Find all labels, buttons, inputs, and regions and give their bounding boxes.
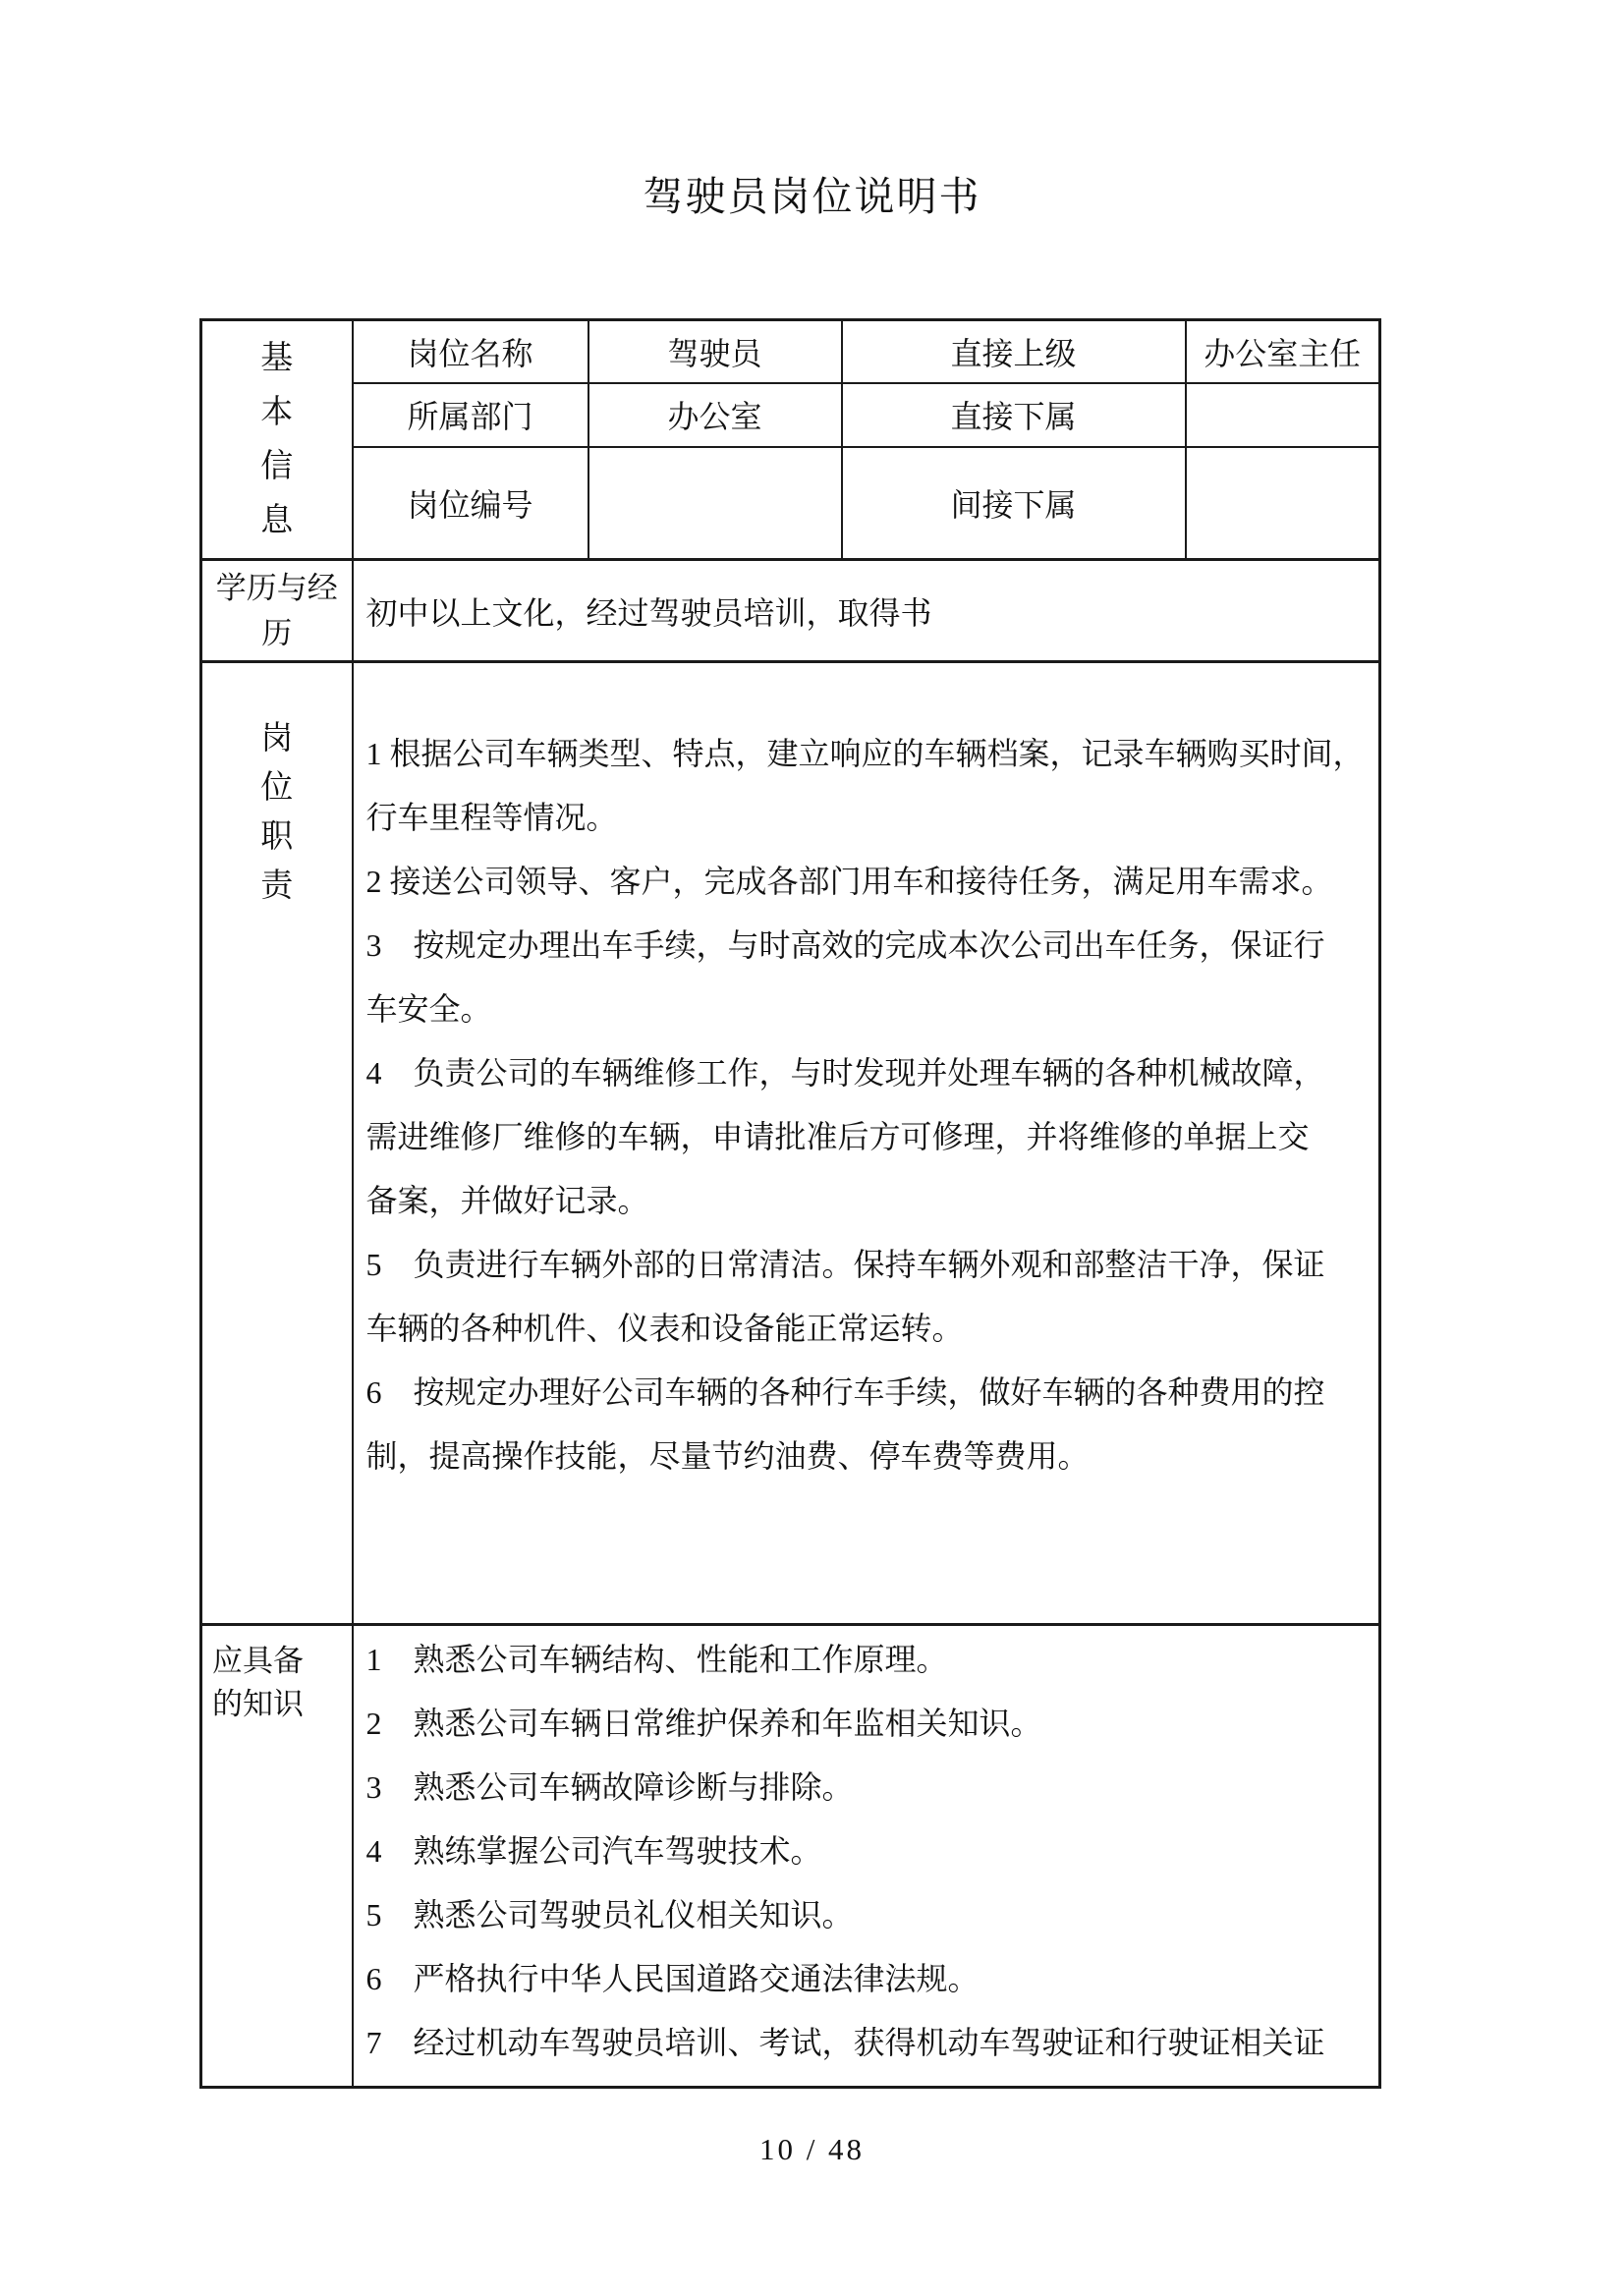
table-row: 学历与经历 初中以上文化，经过驾驶员培训，取得书 <box>201 560 1380 662</box>
education-content: 初中以上文化，经过驾驶员培训，取得书 <box>353 560 1380 662</box>
table-row: 岗 位 职 责 1 根据公司车辆类型、特点，建立响应的车辆档案，记录车辆购买时间… <box>201 662 1380 1625</box>
vertical-label-char: 本 <box>260 386 293 440</box>
knowledge-item: 3 熟悉公司车辆故障诊断与排除。 <box>366 1756 1368 1820</box>
knowledge-item: 5 熟悉公司驾驶员礼仪相关知识。 <box>366 1883 1368 1947</box>
duty-item: 4 负责公司的车辆维修工作，与时发现并处理车辆的各种机械故障， 需进维修厂维修的… <box>366 1041 1368 1233</box>
section-label-duties: 岗 位 职 责 <box>201 662 353 1625</box>
vertical-label-char: 责 <box>260 862 293 911</box>
duty-item: 6 按规定办理好公司车辆的各种行车手续，做好车辆的各种费用的控 制，提高操作技能… <box>366 1361 1368 1488</box>
vertical-label-char: 岗 <box>260 714 293 763</box>
knowledge-item: 1 熟悉公司车辆结构、性能和工作原理。 <box>366 1628 1368 1692</box>
vertical-label: 基 本 信 息 <box>202 332 352 548</box>
knowledge-label-text: 应具备的知识 <box>212 1640 310 1726</box>
vertical-label: 岗 位 职 责 <box>202 663 352 911</box>
table-row: 所属部门 办公室 直接下属 <box>201 383 1380 447</box>
field-value-position-code <box>588 447 842 560</box>
field-label-department: 所属部门 <box>353 383 588 447</box>
field-label-direct-superior: 直接上级 <box>842 320 1186 383</box>
table-row: 岗位编号 间接下属 <box>201 447 1380 560</box>
field-value-direct-subordinate <box>1186 383 1380 447</box>
knowledge-item: 6 严格执行中华人民国道路交通法律法规。 <box>366 1947 1368 2011</box>
table-row: 基 本 信 息 岗位名称 驾驶员 直接上级 办公室主任 <box>201 320 1380 383</box>
duty-item: 1 根据公司车辆类型、特点，建立响应的车辆档案，记录车辆购买时间， 行车里程等情… <box>366 722 1368 850</box>
vertical-label-char: 息 <box>260 494 293 548</box>
vertical-label-char: 信 <box>260 440 293 494</box>
field-value-direct-superior: 办公室主任 <box>1186 320 1380 383</box>
duty-item: 5 负责进行车辆外部的日常清洁。保持车辆外观和部整洁干净，保证 车辆的各种机件、… <box>366 1233 1368 1361</box>
section-label-basic-info: 基 本 信 息 <box>201 320 353 560</box>
field-label-indirect-subordinate: 间接下属 <box>842 447 1186 560</box>
knowledge-item: 2 熟悉公司车辆日常维护保养和年监相关知识。 <box>366 1692 1368 1756</box>
section-label-knowledge: 应具备的知识 <box>201 1625 353 2088</box>
table-row: 应具备的知识 1 熟悉公司车辆结构、性能和工作原理。 2 熟悉公司车辆日常维护保… <box>201 1625 1380 2088</box>
duty-item: 3 按规定办理出车手续，与时高效的完成本次公司出车任务，保证行 车安全。 <box>366 914 1368 1041</box>
vertical-label-char: 基 <box>260 332 293 386</box>
document-page: 驾驶员岗位说明书 基 本 信 息 岗位名称 驾驶员 直 <box>0 0 1624 2296</box>
duty-item: 2 接送公司领导、客户，完成各部门用车和接待任务，满足用车需求。 <box>366 850 1368 914</box>
field-label-direct-subordinate: 直接下属 <box>842 383 1186 447</box>
knowledge-item: 4 熟练掌握公司汽车驾驶技术。 <box>366 1820 1368 1883</box>
page-title: 驾驶员岗位说明书 <box>0 164 1624 222</box>
duties-content: 1 根据公司车辆类型、特点，建立响应的车辆档案，记录车辆购买时间， 行车里程等情… <box>353 662 1380 1625</box>
knowledge-item: 7 经过机动车驾驶员培训、考试，获得机动车驾驶证和行驶证相关证 <box>366 2011 1368 2075</box>
section-label-education: 学历与经历 <box>201 560 353 662</box>
field-value-position-name: 驾驶员 <box>588 320 842 383</box>
field-value-indirect-subordinate <box>1186 447 1380 560</box>
vertical-label-char: 职 <box>260 812 293 862</box>
field-label-position-code: 岗位编号 <box>353 447 588 560</box>
knowledge-content: 1 熟悉公司车辆结构、性能和工作原理。 2 熟悉公司车辆日常维护保养和年监相关知… <box>353 1625 1380 2088</box>
page-number: 10 / 48 <box>0 2132 1624 2167</box>
vertical-label-char: 位 <box>260 763 293 812</box>
job-description-table: 基 本 信 息 岗位名称 驾驶员 直接上级 办公室主任 所属部门 办公室 直接下… <box>199 318 1381 2089</box>
field-value-department: 办公室 <box>588 383 842 447</box>
field-label-position-name: 岗位名称 <box>353 320 588 383</box>
